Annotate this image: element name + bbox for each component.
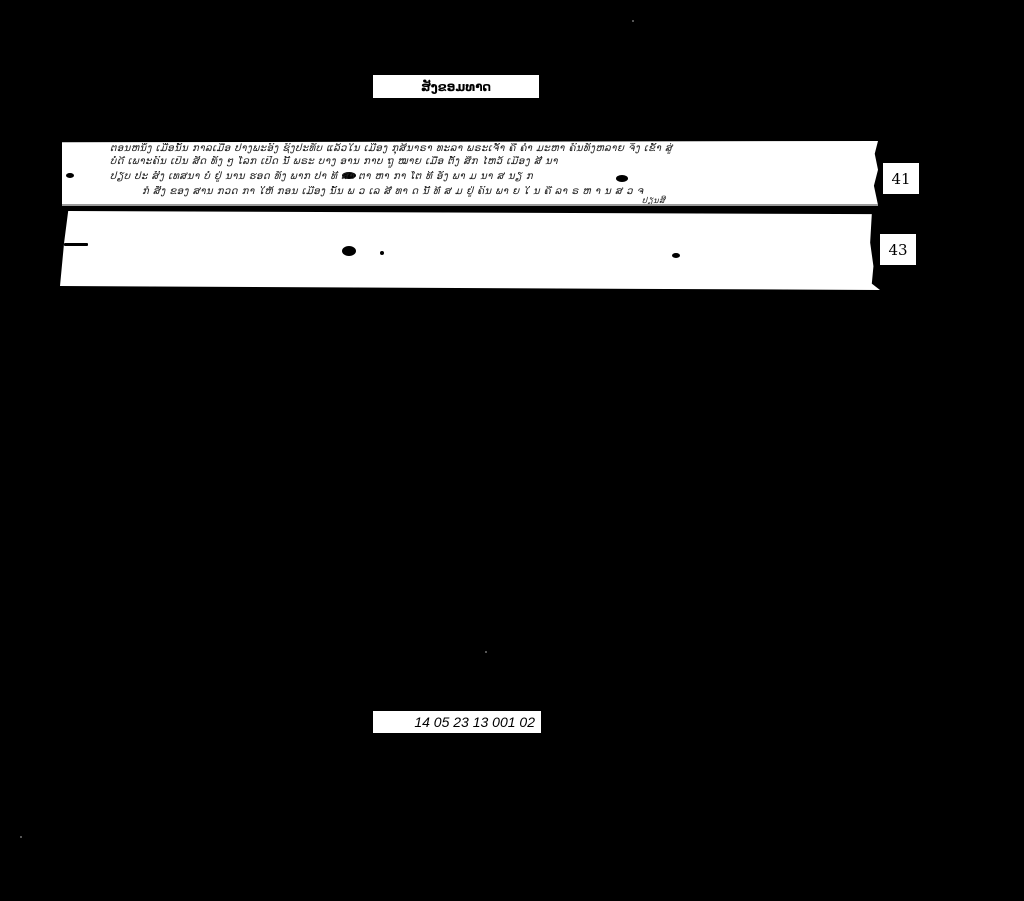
dust-speck xyxy=(632,20,634,22)
dust-speck xyxy=(20,836,22,838)
accession-code-label: 14 05 23 13 001 02 xyxy=(373,711,541,733)
palm-leaf-page-43 xyxy=(60,211,880,290)
speck xyxy=(380,251,384,255)
binding-mark-left xyxy=(64,243,88,246)
title-label: ສັງຂອມທາດ xyxy=(373,75,539,98)
binding-hole-left xyxy=(66,173,74,178)
page-number-41: 41 xyxy=(883,163,919,194)
script-line-1: ຕອນຫນຶ່ງ ເມື່ອນັ້ນ ກາລເມື່ອ ປາງພະອົງ ຊົງ… xyxy=(110,143,868,155)
binding-hole-center xyxy=(342,246,356,256)
leaf-edge xyxy=(62,204,878,206)
script-line-2: ບໍ່ດີ ເພາະຄົນ ເປັນ ສັດ ທັງ ໆ ໂລກ ເປີດ ນີ… xyxy=(110,156,868,168)
script-line-3: ປຽບ ປະ ສົງ ເທສນາ ບໍ່ ຢູ່ ນານ ຮອດ ທັງ ພາກ… xyxy=(110,171,868,183)
binding-hole-right xyxy=(672,253,680,258)
palm-leaf-page-41: ຕອນຫນຶ່ງ ເມື່ອນັ້ນ ກາລເມື່ອ ປາງພະອົງ ຊົງ… xyxy=(62,141,878,205)
page-number-43: 43 xyxy=(880,234,916,265)
dust-speck xyxy=(485,651,487,653)
